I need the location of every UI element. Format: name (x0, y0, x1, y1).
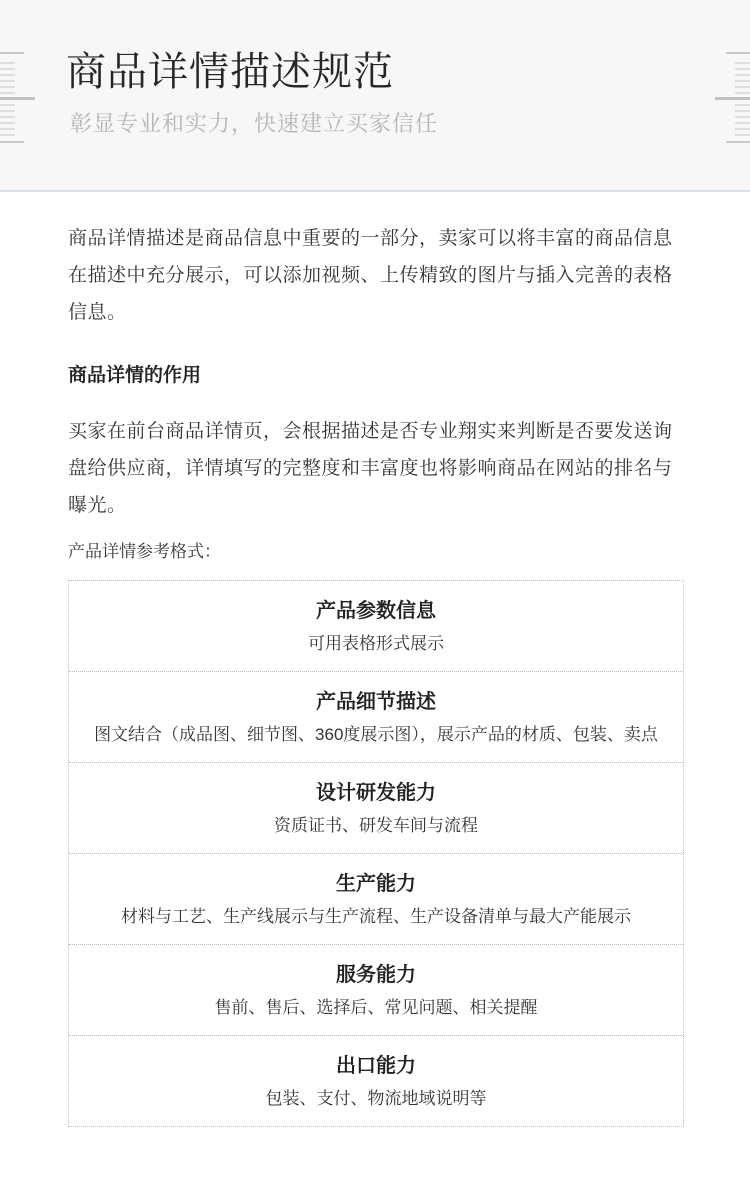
format-row-desc: 图文结合（成品图、细节图、360度展示图），展示产品的材质、包装、卖点 (81, 723, 671, 746)
ornament-bar (0, 97, 35, 100)
format-row-desc: 售前、售后、选择后、常见问题、相关提醒 (81, 996, 671, 1019)
format-row-title: 产品参数信息 (81, 598, 671, 624)
format-row-title: 产品细节描述 (81, 689, 671, 715)
format-row-title: 生产能力 (81, 871, 671, 897)
format-row-desc: 包装、支付、物流地域说明等 (81, 1087, 671, 1110)
ornament-bar (726, 52, 750, 54)
format-table: 产品参数信息 可用表格形式展示 产品细节描述 图文结合（成品图、细节图、360度… (68, 580, 684, 1127)
section-paragraph: 买家在前台商品详情页，会根据描述是否专业翔实来判断是否要发送询盘给供应商，详情填… (68, 413, 684, 524)
page-title: 商品详情描述规范 (66, 0, 750, 94)
format-row-title: 设计研发能力 (81, 780, 671, 806)
page-subtitle: 彰显专业和实力，快速建立买家信任 (70, 110, 750, 138)
page-header: 商品详情描述规范 彰显专业和实力，快速建立买家信任 (0, 0, 750, 192)
format-label: 产品详情参考格式： (68, 540, 684, 564)
format-row: 产品参数信息 可用表格形式展示 (69, 581, 683, 672)
format-row-desc: 资质证书、研发车间与流程 (81, 814, 671, 837)
intro-paragraph: 商品详情描述是商品信息中重要的一部分，卖家可以将丰富的商品信息在描述中充分展示，… (68, 220, 684, 331)
ornament-bar (0, 141, 24, 143)
ornament-ticks (735, 62, 750, 95)
page: 商品详情描述规范 彰显专业和实力，快速建立买家信任 商品详情描述是商品信息中重要… (0, 0, 750, 1180)
ornament-ticks (0, 62, 15, 95)
format-row: 产品细节描述 图文结合（成品图、细节图、360度展示图），展示产品的材质、包装、… (69, 672, 683, 763)
ornament-ticks (0, 104, 15, 137)
format-row-desc: 材料与工艺、生产线展示与生产流程、生产设备清单与最大产能展示 (81, 905, 671, 928)
format-row-title: 服务能力 (81, 962, 671, 988)
ornament-bar (0, 52, 24, 54)
ornament-ticks (735, 104, 750, 137)
ornament-bar (726, 141, 750, 143)
decorative-lines-right-icon (715, 52, 750, 144)
format-row: 出口能力 包装、支付、物流地域说明等 (69, 1036, 683, 1126)
format-row: 服务能力 售前、售后、选择后、常见问题、相关提醒 (69, 945, 683, 1036)
content: 商品详情描述是商品信息中重要的一部分，卖家可以将丰富的商品信息在描述中充分展示，… (0, 220, 750, 1127)
format-row-desc: 可用表格形式展示 (81, 632, 671, 655)
section-heading: 商品详情的作用 (68, 363, 684, 389)
decorative-lines-left-icon (0, 52, 35, 144)
format-row: 生产能力 材料与工艺、生产线展示与生产流程、生产设备清单与最大产能展示 (69, 854, 683, 945)
format-row-title: 出口能力 (81, 1053, 671, 1079)
format-row: 设计研发能力 资质证书、研发车间与流程 (69, 763, 683, 854)
ornament-bar (715, 97, 750, 100)
